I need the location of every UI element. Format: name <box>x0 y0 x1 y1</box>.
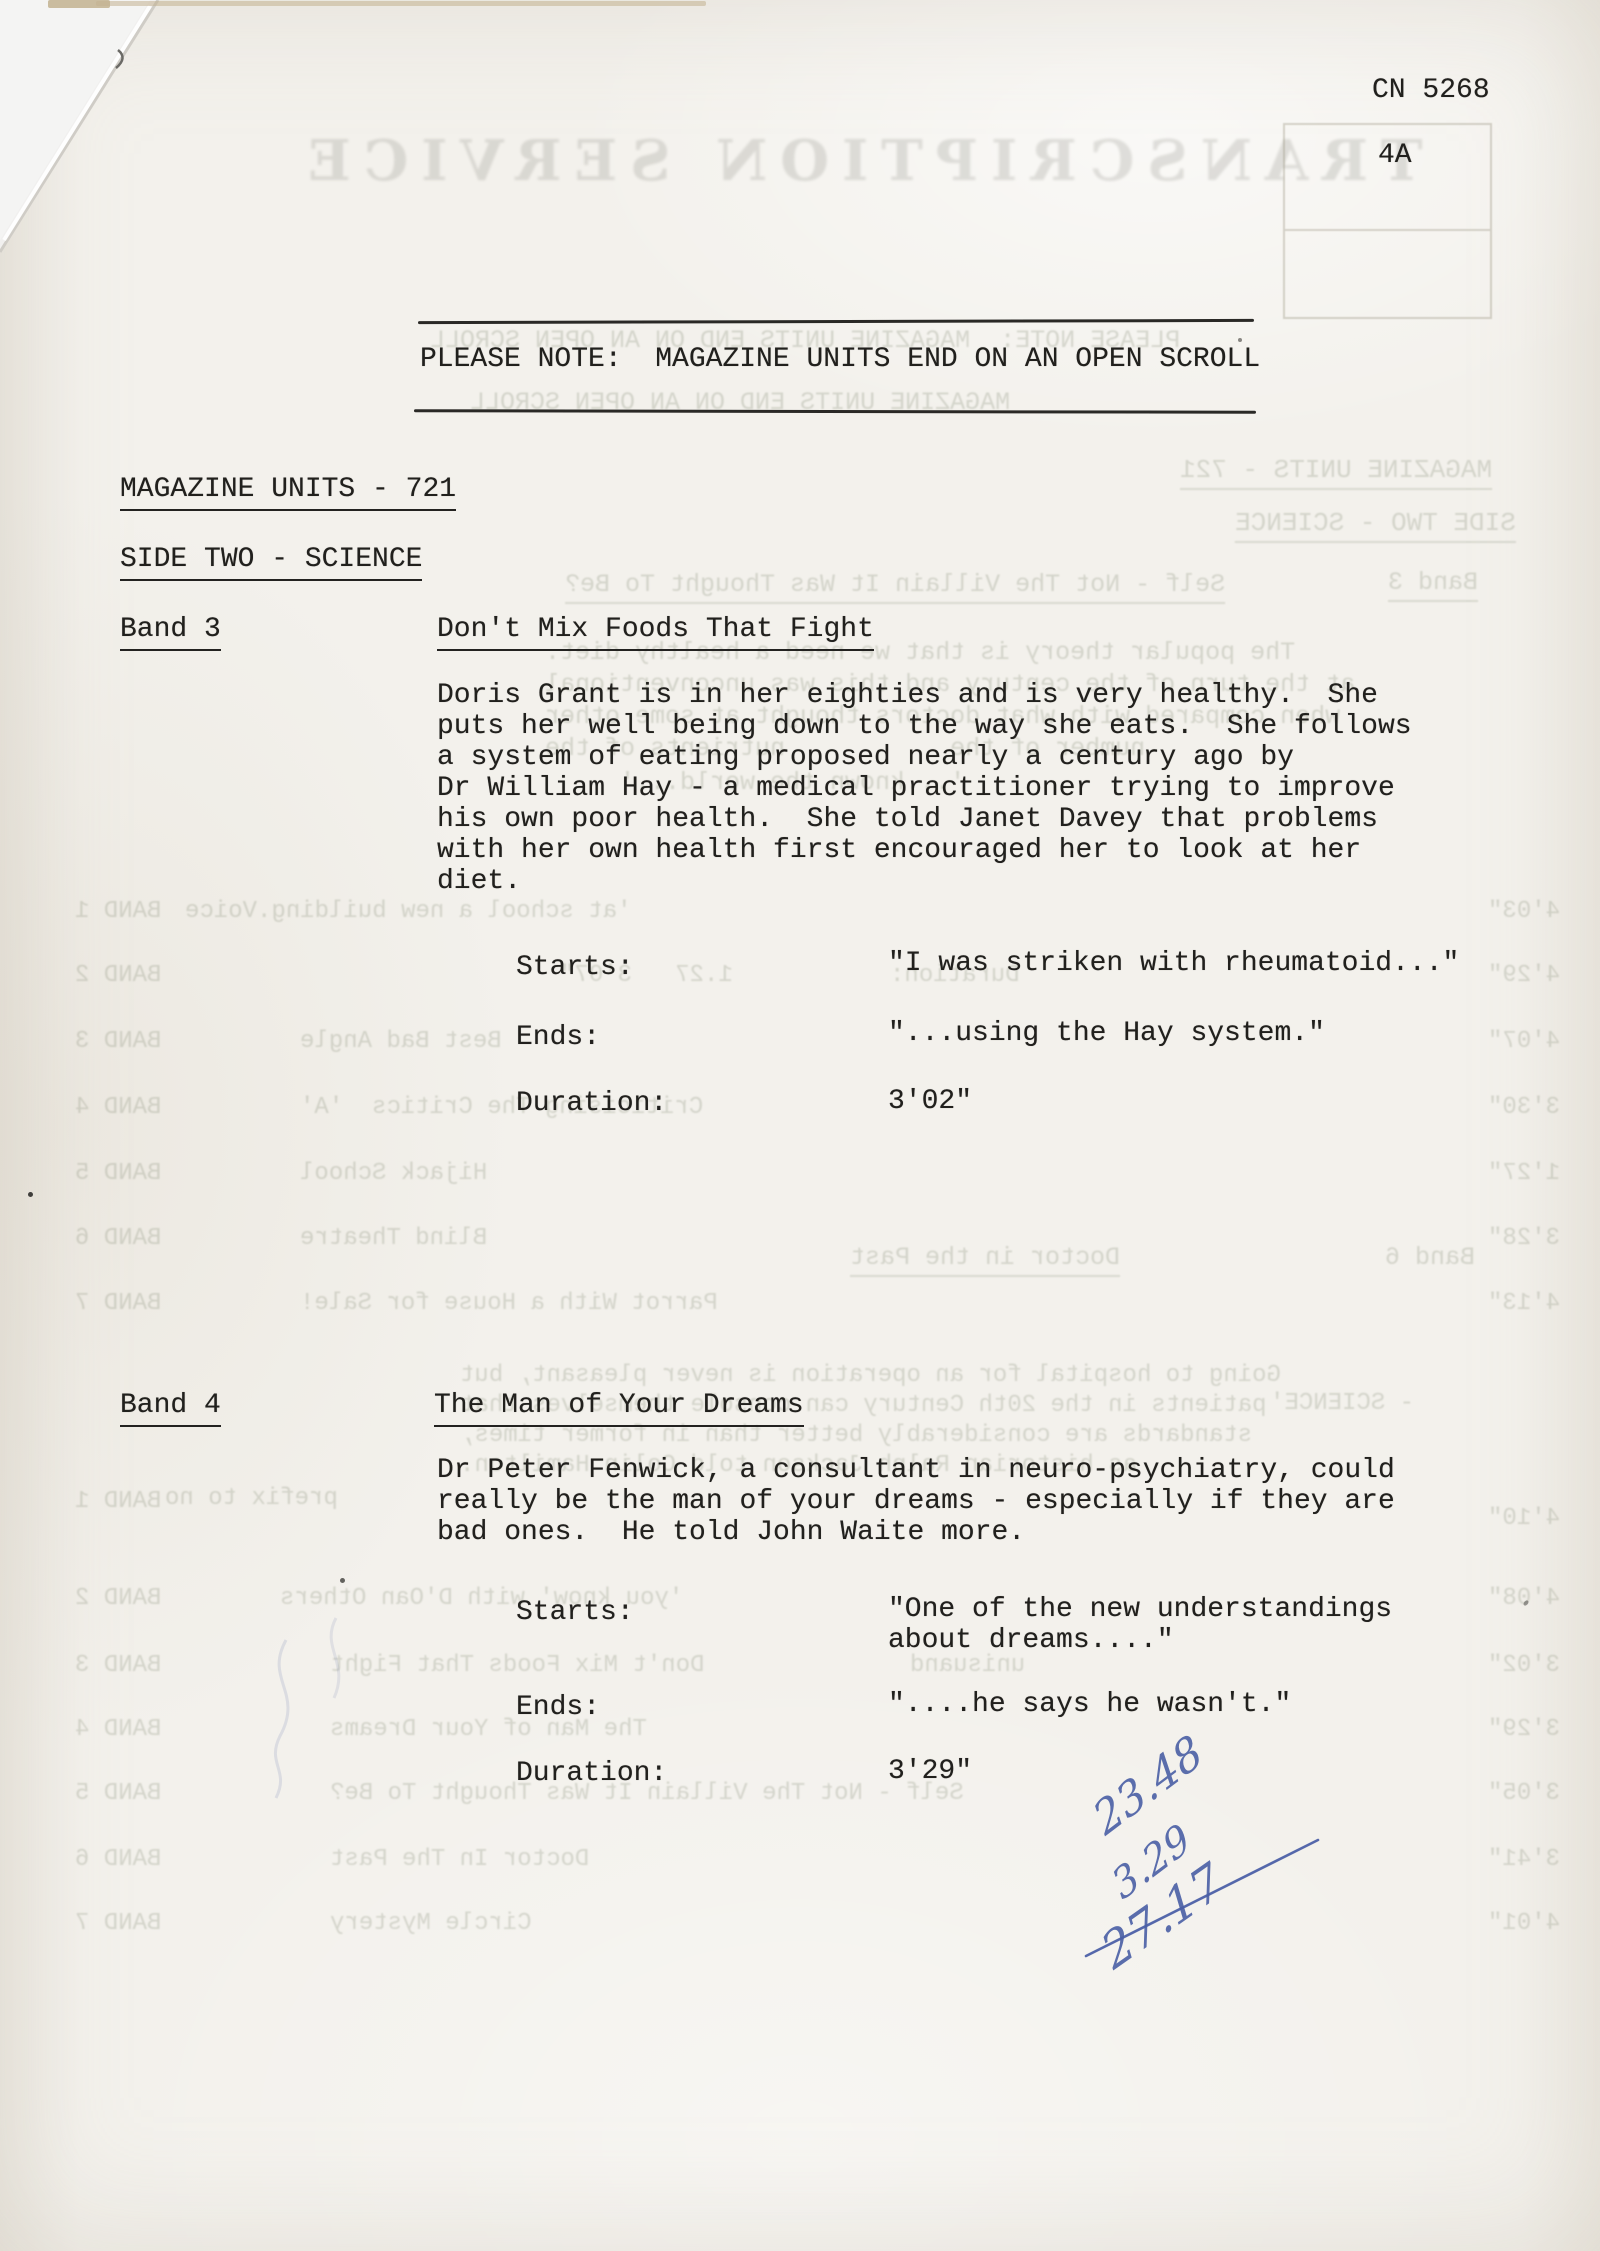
bleedthrough-text: 3'41" <box>1488 1846 1560 1873</box>
band-3-duration-label: Duration: <box>516 1088 667 1119</box>
bleedthrough-text: BAND 5 <box>75 1780 161 1807</box>
scanner-edge-strip <box>96 1 706 6</box>
series-title-text: MAGAZINE UNITS - 721 <box>120 474 456 511</box>
band-4-title-text: The Man of Your Dreams <box>434 1390 804 1427</box>
bleedthrough-text: 4'13" <box>1488 1290 1560 1317</box>
bleedthrough-text: 4'08" <box>1488 1585 1560 1612</box>
dust-speck <box>340 1578 345 1583</box>
band-4-label-text: Band 4 <box>120 1390 221 1427</box>
band-4-starts-value: "One of the new understandings about dre… <box>888 1594 1392 1656</box>
notice-text: PLEASE NOTE: MAGAZINE UNITS END ON AN OP… <box>420 344 1260 375</box>
bleedthrough-text: MAGAZINE UNITS - 721 <box>1180 455 1492 490</box>
handwritten-addend-1: 23.48 <box>1086 1725 1212 1846</box>
bleedthrough-text: Doctor In The Past <box>330 1846 589 1873</box>
bleedthrough-text: Self - Not The Villain It Was Thought To… <box>565 570 1225 604</box>
bleedthrough-text: 4'03" <box>1488 898 1560 925</box>
notice-rule-top <box>418 319 1254 324</box>
bleedthrough-text: Hijack School <box>300 1160 487 1187</box>
bleedthrough-text: unisuand <box>910 1652 1025 1679</box>
dust-speck <box>28 1192 33 1197</box>
bleedthrough-text: 3'28" <box>1488 1225 1560 1252</box>
bleedthrough-text: BAND 2 <box>75 1585 161 1612</box>
band-4-duration-value: 3'29" <box>888 1756 972 1787</box>
bleedthrough-pen-squiggle <box>275 1640 288 1798</box>
band-4-starts-label: Starts: <box>516 1597 634 1628</box>
band-4-duration-label: Duration: <box>516 1758 667 1789</box>
series-title: MAGAZINE UNITS - 721 <box>120 474 456 505</box>
band-3-starts-label: Starts: <box>516 952 634 983</box>
band-3-starts-value: "I was striken with rheumatoid..." <box>888 948 1459 979</box>
bleedthrough-text: 4'10" <box>1488 1505 1560 1532</box>
bleedthrough-text: Blind Theatre <box>300 1225 487 1252</box>
bleedthrough-text: BAND 3 <box>75 1652 161 1679</box>
band-3-ends-label: Ends: <box>516 1022 600 1053</box>
band-3-ends-value: "...using the Hay system." <box>888 1018 1325 1049</box>
band-4-label: Band 4 <box>120 1390 221 1421</box>
band-3-title: Don't Mix Foods That Fight <box>437 614 874 645</box>
bleedthrough-text: BAND 7 <box>75 1290 161 1317</box>
bleedthrough-text: 4'07" <box>1488 1028 1560 1055</box>
bleedthrough-text: 1'27" <box>1488 1160 1560 1187</box>
bleedthrough-text: Best Bad Angle <box>300 1028 502 1055</box>
bleedthrough-text: Band 6 <box>1385 1243 1475 1272</box>
dust-speck <box>1238 338 1242 342</box>
bleedthrough-text: Going to hospital for an operation is ne… <box>460 1362 1281 1389</box>
bleedthrough-text: BAND 7 <box>75 1910 161 1937</box>
bleedthrough-text: 3'05" <box>1488 1780 1560 1807</box>
bleedthrough-text: SIDE TWO - SCIENCE <box>1235 508 1516 543</box>
band-4-ends-value: "....he says he wasn't." <box>888 1689 1291 1720</box>
bleedthrough-text: - SCIENCE' <box>1270 1390 1414 1417</box>
page-label: 4A <box>1378 140 1412 171</box>
bleedthrough-text: Doctor in the Past <box>850 1243 1120 1277</box>
band-3-title-text: Don't Mix Foods That Fight <box>437 614 874 651</box>
band-3-description: Doris Grant is in her eighties and is ve… <box>437 680 1412 897</box>
scanned-document-page: TRANSCRIPTION SERVICEPLEASE NOTE: MAGAZI… <box>0 0 1600 2251</box>
bleedthrough-text: 3'02" <box>1488 1652 1560 1679</box>
bleedthrough-text: Don't Mix Foods That Fight <box>330 1652 704 1679</box>
bleedthrough-text: BAND 5 <box>75 1160 161 1187</box>
side-title-text: SIDE TWO - SCIENCE <box>120 544 422 581</box>
band-3-label-text: Band 3 <box>120 614 221 651</box>
side-title: SIDE TWO - SCIENCE <box>120 544 422 575</box>
band-4-title: The Man of Your Dreams <box>434 1390 804 1421</box>
band-4-ends-label: Ends: <box>516 1692 600 1723</box>
bleedthrough-text: Band 3 <box>1388 568 1478 602</box>
bleedthrough-text: 'at school a new building.Voice <box>185 898 631 925</box>
bleedthrough-text: BAND 6 <box>75 1846 161 1873</box>
bleedthrough-text: BAND 1 <box>75 1488 161 1515</box>
bleedthrough-text: 4'29" <box>1488 962 1560 989</box>
folded-corner <box>0 0 260 300</box>
bleedthrough-text: BAND 6 <box>75 1225 161 1252</box>
bleedthrough-text: 3'29" <box>1488 1716 1560 1743</box>
bleedthrough-text: TRANSCRIPTION SERVICE <box>295 128 1423 194</box>
bleedthrough-text: Parrot With a House for Sale! <box>300 1290 718 1317</box>
band-4-description: Dr Peter Fenwick, a consultant in neuro-… <box>437 1455 1395 1548</box>
bleedthrough-text: 4'01" <box>1488 1910 1560 1937</box>
bleedthrough-text: prefix to no <box>165 1485 338 1512</box>
bleedthrough-text: BAND 1 <box>75 898 161 925</box>
catalog-number: CN 5268 <box>1372 75 1490 106</box>
bleedthrough-text: BAND 2 <box>75 962 161 989</box>
bleedthrough-text: 3'30" <box>1488 1094 1560 1121</box>
bleedthrough-text: Circle Mystery <box>330 1910 532 1937</box>
bleedthrough-text: BAND 3 <box>75 1028 161 1055</box>
band-3-duration-value: 3'02" <box>888 1086 972 1117</box>
bleedthrough-stamp-box-divider <box>1285 229 1490 231</box>
bleedthrough-text: BAND 4 <box>75 1716 161 1743</box>
band-3-label: Band 3 <box>120 614 221 645</box>
bleedthrough-text: BAND 4 <box>75 1094 161 1121</box>
